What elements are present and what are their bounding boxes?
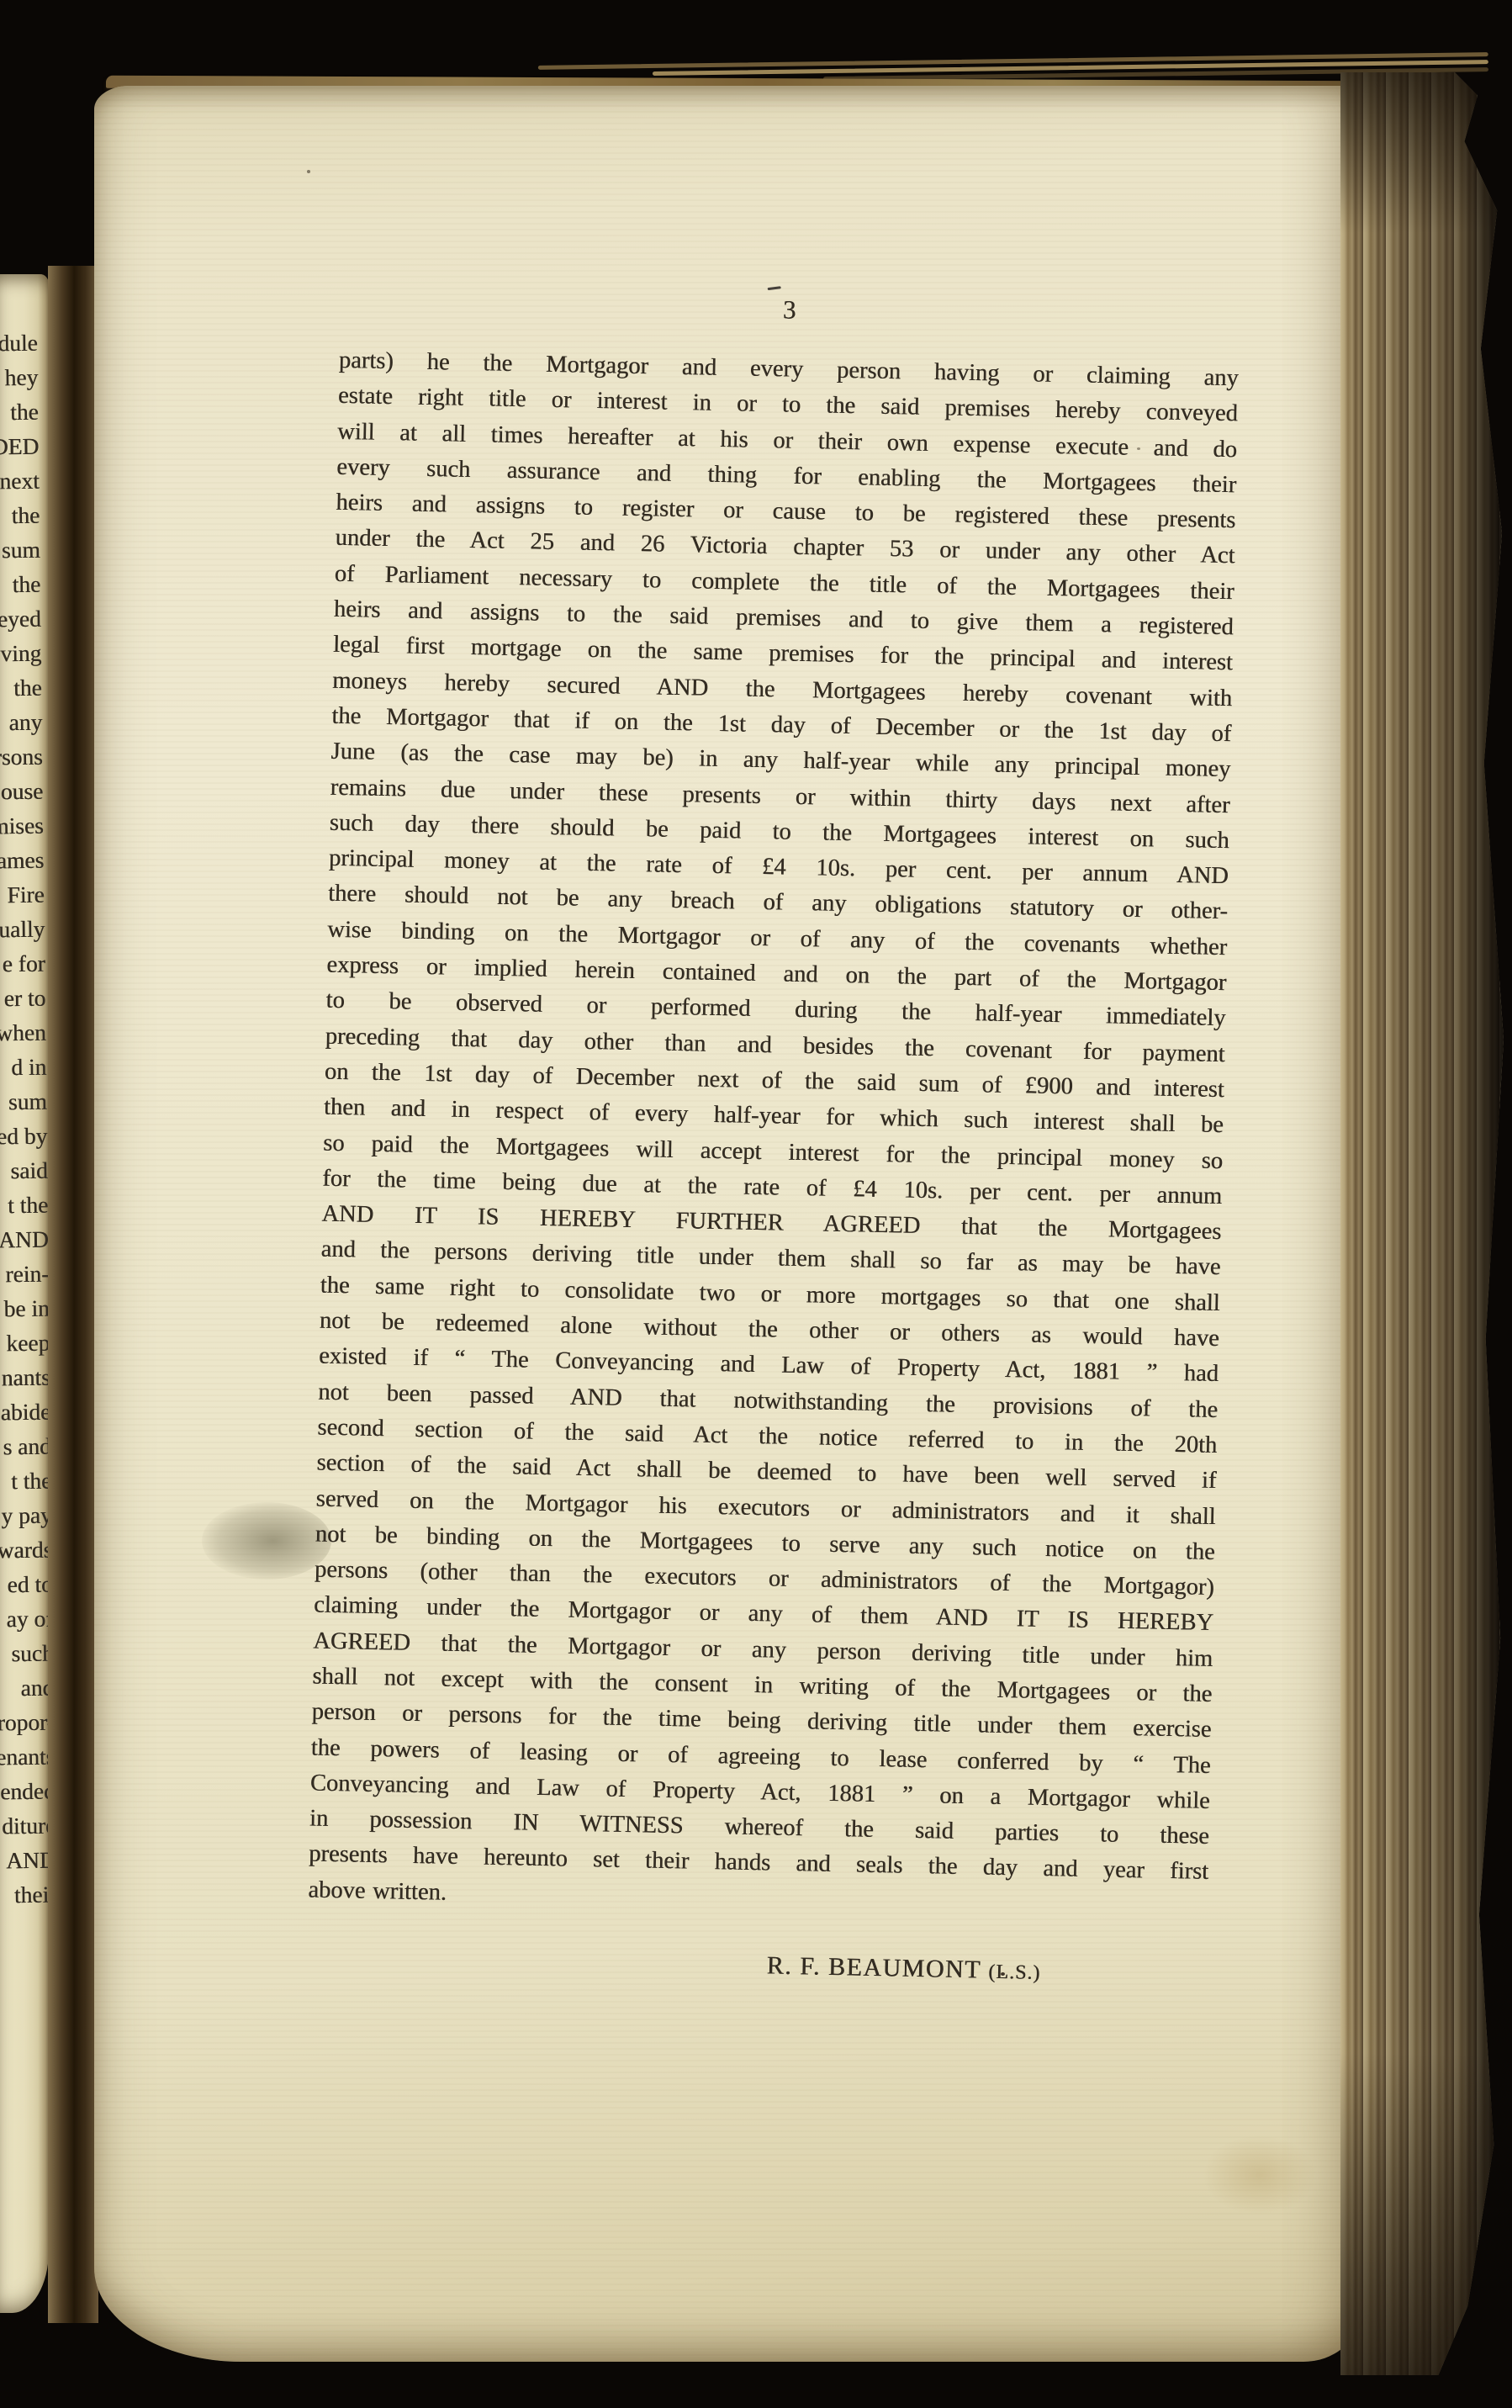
cut-off-text-fragment: rein-	[0, 1257, 49, 1294]
cut-off-text-fragment: and	[0, 1670, 49, 1707]
cut-off-text-fragment: y pay	[0, 1498, 49, 1535]
seal-abbreviation: (L.S.)	[988, 1961, 1041, 1984]
cut-off-text-fragment: eyed	[0, 601, 41, 638]
cut-off-text-fragment: wards	[0, 1532, 49, 1569]
cut-off-text-fragment: sum	[0, 1084, 47, 1121]
signature-line: R. F. BEAUMONT (L.S.)	[306, 1942, 1206, 1988]
signatory-name: R. F. BEAUMONT	[766, 1951, 981, 1983]
cut-off-text-fragment: AND	[0, 1222, 49, 1259]
cut-off-text-fragment: the	[0, 498, 40, 535]
cut-off-text-fragment: mises	[0, 808, 44, 845]
printed-page-content: 3 parts) he the Mortgagor and every pers…	[54, 81, 1364, 2382]
cut-off-text-fragment: the	[0, 567, 40, 604]
cut-off-text-fragment: ed by	[0, 1119, 47, 1156]
cut-off-text-fragment: Fire	[0, 877, 45, 914]
cut-off-text-fragment: ouse	[0, 774, 43, 811]
cut-off-text-fragment: dule	[0, 325, 38, 363]
cut-off-text-fragment: d in	[0, 1050, 46, 1087]
cut-off-text-fragment: ed to	[0, 1567, 49, 1604]
cut-off-text-fragment: enants	[0, 1739, 49, 1776]
cut-off-text-fragment: t the	[0, 1463, 49, 1500]
cut-off-text-fragment: ropor-	[0, 1705, 49, 1742]
cut-off-text-fragment: when	[0, 1015, 46, 1052]
cut-off-text-fragment: rsons	[0, 739, 43, 776]
cut-off-text-fragment: sum	[0, 532, 40, 569]
cut-off-text-fragment: ually	[0, 912, 45, 949]
cut-off-text-fragment: hey	[0, 360, 38, 397]
cut-off-text-fragment: the	[0, 394, 39, 431]
printers-dash-mark	[768, 286, 781, 290]
deed-body-text: parts) he the Mortgagor and every person…	[308, 343, 1239, 1926]
cut-off-text-fragment: er to	[0, 981, 45, 1018]
cut-off-text-fragment: ended	[0, 1774, 49, 1811]
cut-off-text-fragment: any	[0, 705, 42, 742]
book-photograph: duleheytheDEDnextthesumtheeyedvingtheany…	[0, 0, 1512, 2408]
cut-off-text-fragment: abide	[0, 1395, 49, 1432]
cut-off-text-fragment: ay of	[0, 1601, 49, 1638]
cut-off-text-fragment: ving	[0, 636, 41, 673]
fore-edge-page-stack	[1340, 72, 1504, 2375]
cut-off-text-fragment: next	[0, 463, 40, 500]
cut-off-text-fragment: be in	[0, 1291, 49, 1328]
cut-off-text-fragment: nants	[0, 1360, 49, 1397]
book-page: 3 parts) he the Mortgagor and every pers…	[94, 86, 1359, 2362]
cut-off-text-fragment: their	[0, 1877, 49, 1914]
cut-off-text-fragment: DED	[0, 429, 39, 466]
facing-page-sliver: duleheytheDEDnextthesumtheeyedvingtheany…	[0, 274, 49, 2313]
cut-off-text-fragment: ames	[0, 843, 44, 880]
cut-off-text-fragment: e for	[0, 946, 45, 983]
page-number: 3	[340, 286, 1240, 334]
cut-off-text-fragment: said	[0, 1153, 48, 1190]
cut-off-text-fragment: AND	[0, 1843, 49, 1880]
cut-off-text-fragment: the	[0, 670, 42, 707]
cut-off-text-fragment: t the	[0, 1188, 48, 1225]
cut-off-text-fragment: such	[0, 1636, 49, 1673]
facing-page-text-fragments: duleheytheDEDnextthesumtheeyedvingtheany…	[0, 325, 49, 1914]
cut-off-text-fragment: s and	[0, 1429, 49, 1466]
cut-off-text-fragment: diture	[0, 1808, 49, 1845]
cut-off-text-fragment: keep	[0, 1326, 49, 1363]
